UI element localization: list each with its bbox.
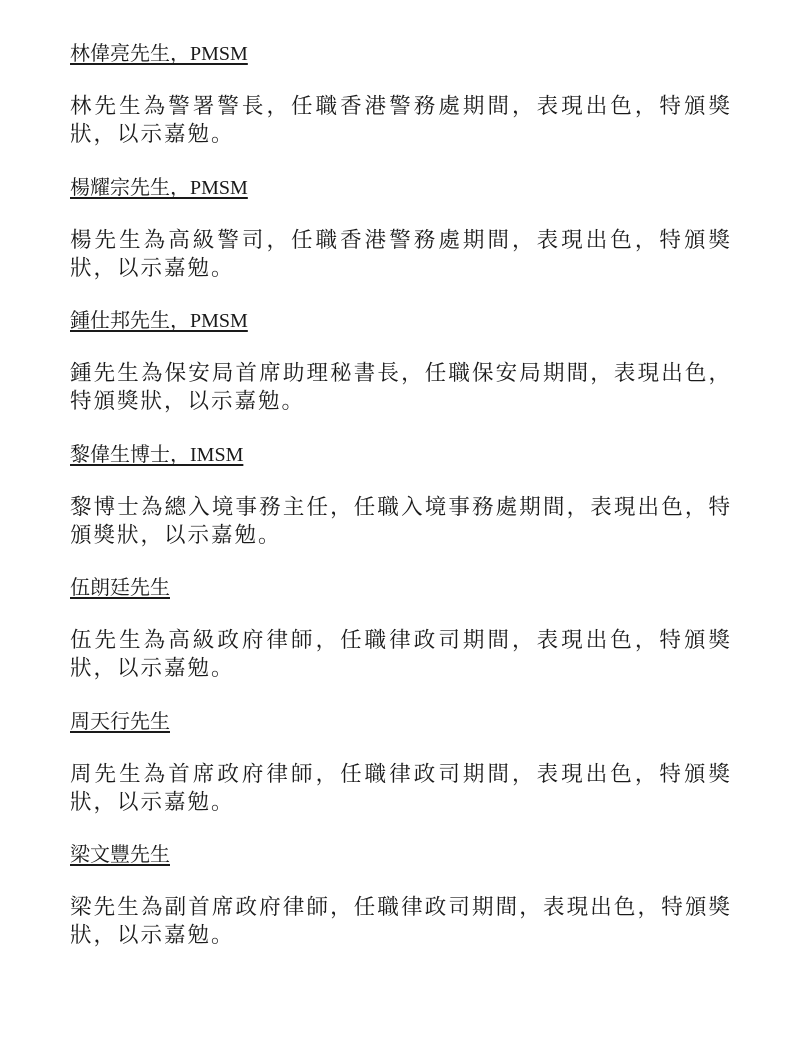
awardee-heading: 林偉亮先生，PMSM (70, 40, 248, 66)
award-citation: 伍先生為高級政府律師，任職律政司期間，表現出色，特頒獎狀，以示嘉勉。 (70, 627, 732, 683)
awardee-name: 梁文豐先生 (70, 842, 170, 866)
award-citation: 梁先生為副首席政府律師，任職律政司期間，表現出色，特頒獎狀，以示嘉勉。 (70, 894, 732, 950)
awardee-heading: 鍾仕邦先生，PMSM (70, 307, 248, 333)
award-entry: 鍾仕邦先生，PMSM 鍾先生為保安局首席助理秘書長，任職保安局期間，表現出色，特… (70, 307, 732, 416)
award-citation: 周先生為首席政府律師，任職律政司期間，表現出色，特頒獎狀，以示嘉勉。 (70, 761, 732, 817)
award-entry: 楊耀宗先生，PMSM 楊先生為高級警司，任職香港警務處期間，表現出色，特頒獎狀，… (70, 174, 732, 283)
award-citation: 黎博士為總入境事務主任，任職入境事務處期間，表現出色，特頒獎狀，以示嘉勉。 (70, 494, 732, 550)
awardee-heading: 梁文豐先生 (70, 841, 170, 867)
award-title: ，PMSM (170, 177, 248, 199)
awardee-heading: 楊耀宗先生，PMSM (70, 174, 248, 200)
award-entry: 林偉亮先生，PMSM 林先生為警署警長，任職香港警務處期間，表現出色，特頒獎狀，… (70, 40, 732, 149)
awardee-name: 伍朗廷先生 (70, 575, 170, 599)
award-citation: 鍾先生為保安局首席助理秘書長，任職保安局期間，表現出色，特頒獎狀，以示嘉勉。 (70, 360, 732, 416)
award-entry: 黎偉生博士，IMSM 黎博士為總入境事務主任，任職入境事務處期間，表現出色，特頒… (70, 441, 732, 550)
awardee-heading: 伍朗廷先生 (70, 574, 170, 600)
award-title: ，PMSM (170, 310, 248, 332)
document-page: 林偉亮先生，PMSM 林先生為警署警長，任職香港警務處期間，表現出色，特頒獎狀，… (0, 0, 799, 1042)
awardee-name: 周天行先生 (70, 709, 170, 733)
awardee-name: 黎偉生博士 (70, 442, 170, 466)
award-entry: 伍朗廷先生 伍先生為高級政府律師，任職律政司期間，表現出色，特頒獎狀，以示嘉勉。 (70, 574, 732, 683)
award-entry: 周天行先生 周先生為首席政府律師，任職律政司期間，表現出色，特頒獎狀，以示嘉勉。 (70, 708, 732, 817)
award-citation: 楊先生為高級警司，任職香港警務處期間，表現出色，特頒獎狀，以示嘉勉。 (70, 227, 732, 283)
award-citation: 林先生為警署警長，任職香港警務處期間，表現出色，特頒獎狀，以示嘉勉。 (70, 93, 732, 149)
awardee-heading: 周天行先生 (70, 708, 170, 734)
awardee-name: 楊耀宗先生 (70, 175, 170, 199)
awardee-name: 鍾仕邦先生 (70, 308, 170, 332)
awardee-name: 林偉亮先生 (70, 41, 170, 65)
award-entry: 梁文豐先生 梁先生為副首席政府律師，任職律政司期間，表現出色，特頒獎狀，以示嘉勉… (70, 841, 732, 950)
award-title: ，PMSM (170, 43, 248, 65)
award-title: ，IMSM (170, 444, 243, 466)
awardee-heading: 黎偉生博士，IMSM (70, 441, 243, 467)
